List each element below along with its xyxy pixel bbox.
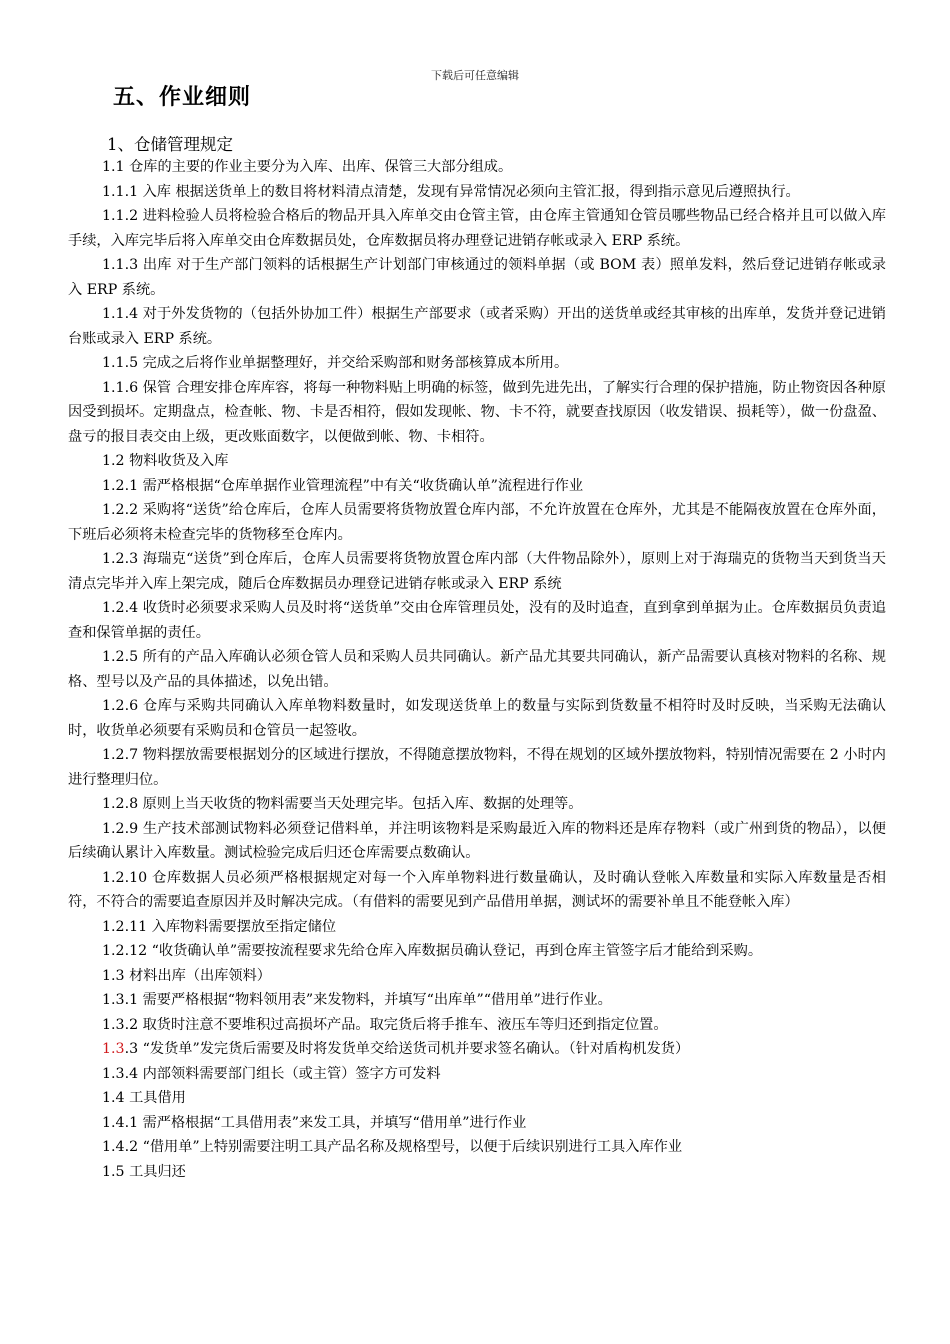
- paragraph: 1.3.4 内部领料需要部门组长（或主管）签字方可发料: [68, 1062, 886, 1087]
- paragraph: 1.1.1 入库 根据送货单上的数目将材料清点清楚，发现有异常情况必须向主管汇报…: [68, 180, 886, 205]
- paragraph: 1.2.3 海瑞克“送货”到仓库后，仓库人员需要将货物放置仓库内部（大件物品除外…: [68, 547, 886, 596]
- paragraph: 1.4.1 需严格根据“工具借用表”来发工具，并填写“借用单”进行作业: [68, 1111, 886, 1136]
- subsection-heading: 1.4 工具借用: [68, 1086, 886, 1111]
- section-heading: 1、仓储管理规定: [107, 131, 233, 155]
- paragraph: 1.2.8 原则上当天收货的物料需要当天处理完毕。包括入库、数据的处理等。: [68, 792, 886, 817]
- paragraph: 1.1 仓库的主要的作业主要分为入库、出库、保管三大部分组成。: [68, 155, 886, 180]
- paragraph: 1.4.2 “借用单”上特别需要注明工具产品名称及规格型号，以便于后续识别进行工…: [68, 1135, 886, 1160]
- paragraph: 1.2.12 “收货确认单”需要按流程要求先给仓库入库数据员确认登记，再到仓库主…: [68, 939, 886, 964]
- paragraph: 1.2.6 仓库与采购共同确认入库单物料数量时，如发现送货单上的数量与实际到货数…: [68, 694, 886, 743]
- paragraph: 1.3.1 需要严格根据“物料领用表”来发物料，并填写“出库单”“借用单”进行作…: [68, 988, 886, 1013]
- paragraph: 1.1.6 保管 合理安排仓库库容，将每一种物料贴上明确的标签，做到先进先出，了…: [68, 376, 886, 450]
- paragraph: 1.1.5 完成之后将作业单据整理好，并交给采购部和财务部核算成本所用。: [68, 351, 886, 376]
- paragraph: 1.1.4 对于外发货物的（包括外协加工件）根据生产部要求（或者采购）开出的送货…: [68, 302, 886, 351]
- subsection-heading: 1.5 工具归还: [68, 1160, 886, 1185]
- paragraph: 1.2.4 收货时必须要求采购人员及时将“送货单”交由仓库管理员处，没有的及时追…: [68, 596, 886, 645]
- paragraph: 1.2.11 入库物料需要摆放至指定储位: [68, 915, 886, 940]
- paragraph-text: .3 “发货单”发完货后需要及时将发货单交给送货司机并要求签名确认。（针对盾构机…: [125, 1041, 690, 1057]
- chapter-title: 五、作业细则: [113, 80, 251, 111]
- document-body: 1.1 仓库的主要的作业主要分为入库、出库、保管三大部分组成。 1.1.1 入库…: [68, 155, 886, 1184]
- subsection-heading: 1.2 物料收货及入库: [68, 449, 886, 474]
- paragraph: 1.1.2 进料检验人员将检验合格后的物品开具入库单交由仓管主管，由仓库主管通知…: [68, 204, 886, 253]
- paragraph: 1.2.1 需严格根据“仓库单据作业管理流程”中有关“收货确认单”流程进行作业: [68, 474, 886, 499]
- paragraph: 1.2.2 采购将“送货”给仓库后，仓库人员需要将货物放置仓库内部，不允许放置在…: [68, 498, 886, 547]
- paragraph: 1.2.10 仓库数据人员必须严格根据规定对每一个入库单物料进行数量确认，及时确…: [68, 866, 886, 915]
- subsection-heading: 1.3 材料出库（出库领料）: [68, 964, 886, 989]
- paragraph: 1.2.5 所有的产品入库确认必须仓管人员和采购人员共同确认。新产品尤其要共同确…: [68, 645, 886, 694]
- highlighted-number: 1.3: [102, 1041, 125, 1057]
- paragraph: 1.3.2 取货时注意不要堆积过高损坏产品。取完货后将手推车、液压车等归还到指定…: [68, 1013, 886, 1038]
- paragraph: 1.2.7 物料摆放需要根据划分的区域进行摆放，不得随意摆放物料，不得在规划的区…: [68, 743, 886, 792]
- paragraph: 1.2.9 生产技术部测试物料必须登记借料单，并注明该物料是采购最近入库的物料还…: [68, 817, 886, 866]
- paragraph: 1.1.3 出库 对于生产部门领料的话根据生产计划部门审核通过的领料单据（或 B…: [68, 253, 886, 302]
- document-page: 下载后可任意编辑 五、作业细则 1、仓储管理规定 1.1 仓库的主要的作业主要分…: [0, 0, 950, 1344]
- paragraph: 1.3.3 “发货单”发完货后需要及时将发货单交给送货司机并要求签名确认。（针对…: [68, 1037, 886, 1062]
